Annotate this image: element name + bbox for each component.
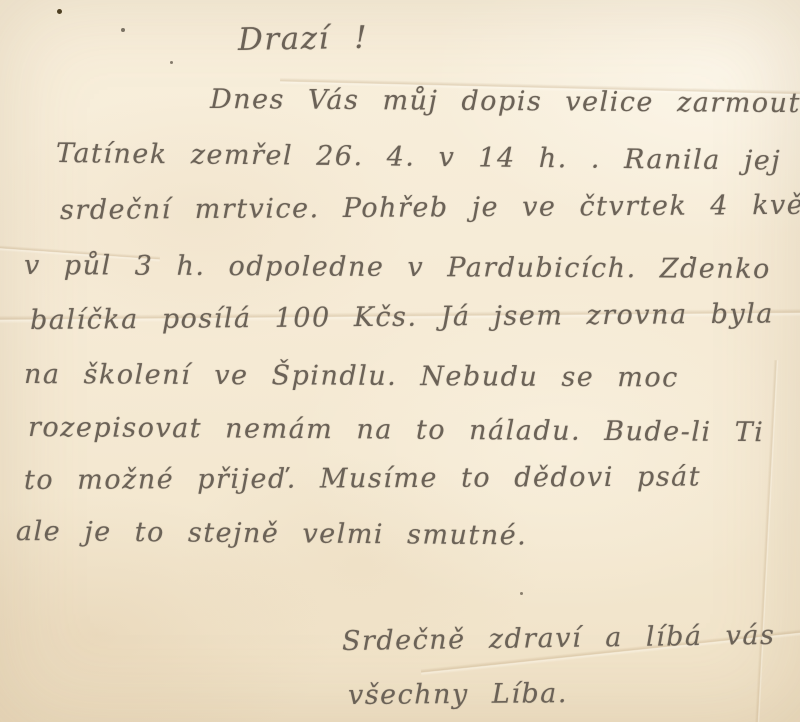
paper-speck [57,9,62,14]
signature-line: všechny Líba. [348,678,568,711]
handwritten-line: v půl 3 h. odpoledne v Pardubicích. Zden… [24,250,771,285]
letter-page: Drazí ! Dnes Vás můj dopis velice zarmou… [0,0,800,722]
paper-speck [170,61,173,64]
handwritten-line: Tatínek zemřel 26. 4. v 14 h. . Ranila j… [56,138,781,177]
handwritten-line: srdeční mrtvice. Pohřeb je ve čtvrtek 4 … [60,189,800,226]
handwritten-line: balíčka posílá 100 Kčs. Já jsem zrovna b… [30,299,774,336]
handwritten-line: ale je to stejně velmi smutné. [16,516,528,551]
salutation-line: Drazí ! [238,20,369,58]
paper-crease-right [754,360,778,722]
paper-speck [121,28,125,32]
handwritten-line: Dnes Vás můj dopis velice zarmoutí. [210,84,800,119]
closing-line: Srdečně zdraví a líbá vás [342,620,776,657]
handwritten-line: to možné přijeď. Musíme to dědovi psát [24,461,701,496]
paper-speck [520,592,523,595]
handwritten-line: rozepisovat nemám na to náladu. Bude-li … [28,412,765,448]
handwritten-line: na školení ve Špindlu. Nebudu se moc [24,359,679,393]
